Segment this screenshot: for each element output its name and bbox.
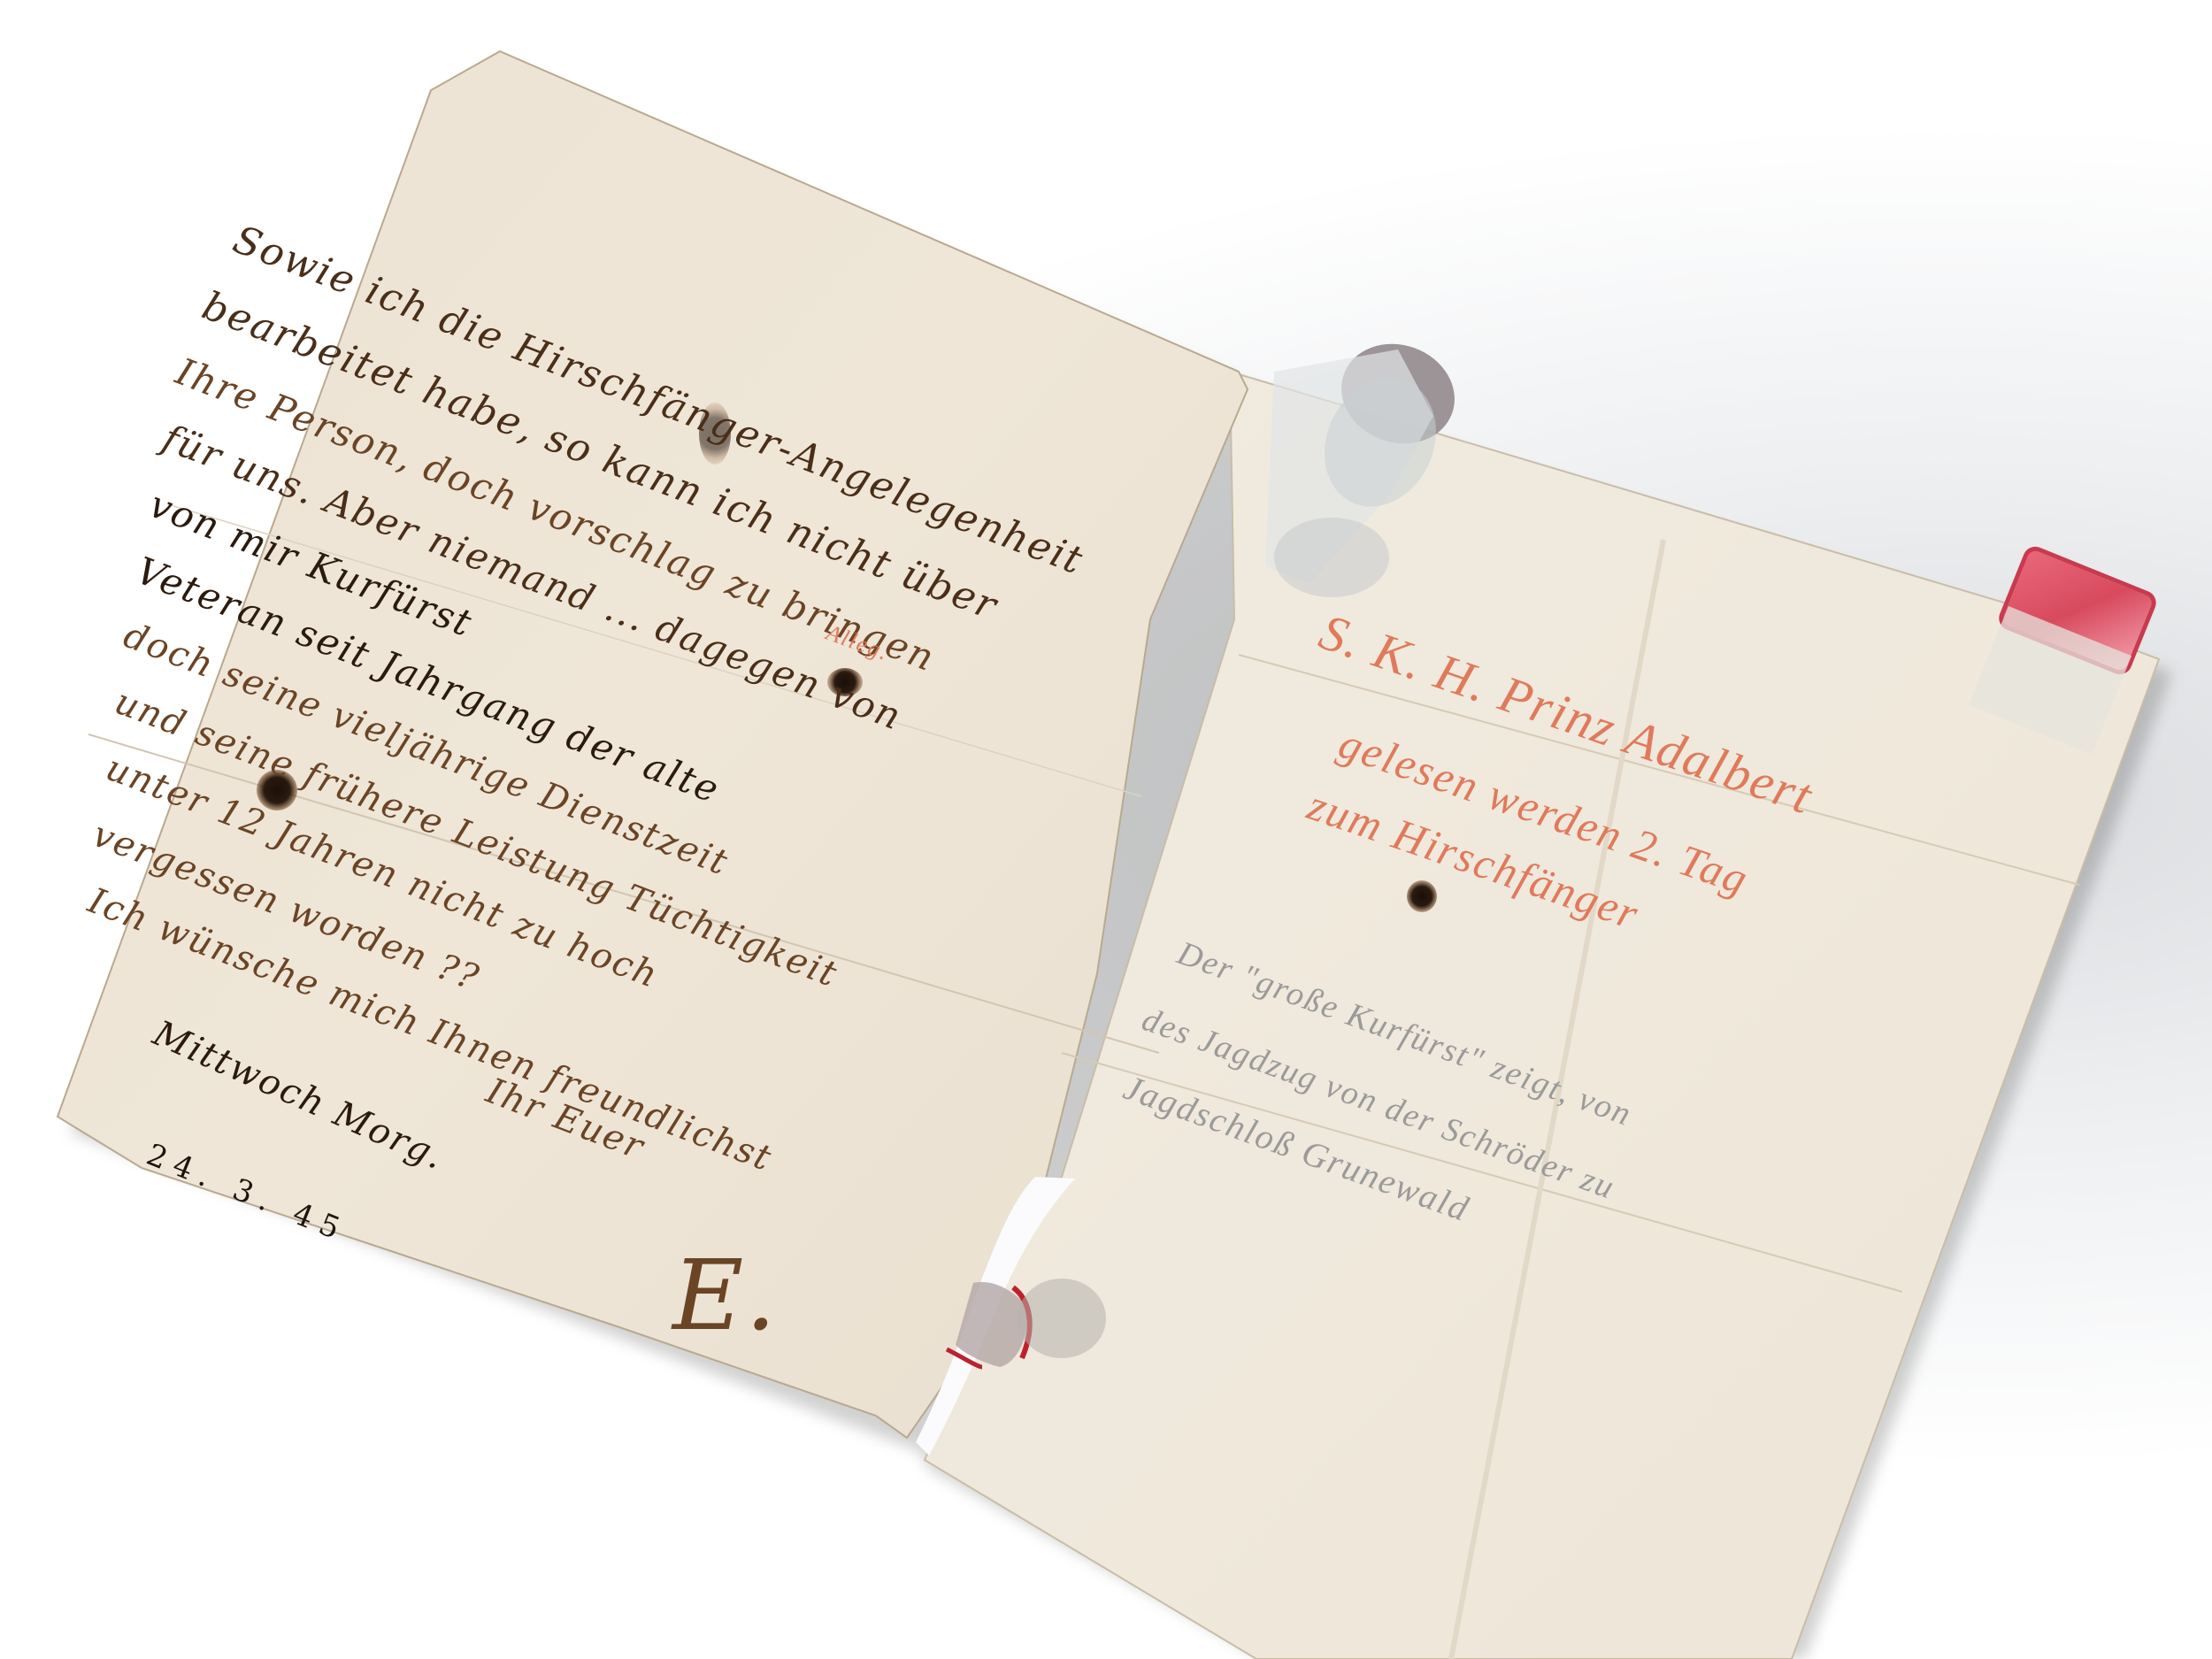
signature-initial: E. (672, 1239, 778, 1352)
photo-stage: Sowie ich die Hirschfänger-Angelegenheit… (0, 0, 2212, 1659)
burn-hole (1407, 880, 1437, 912)
letter-paper (0, 0, 2212, 1659)
